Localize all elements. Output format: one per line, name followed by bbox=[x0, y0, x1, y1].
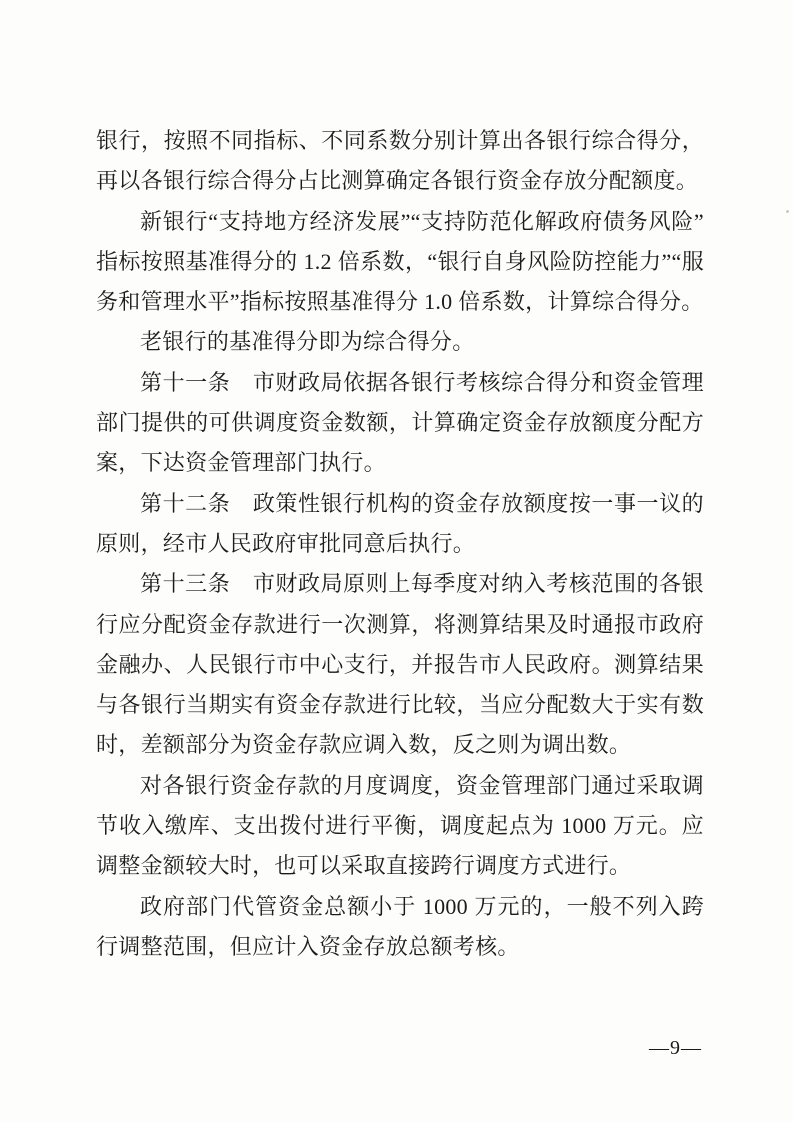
paragraph-article-12: 第十二条 政策性银行机构的资金存放额度按一事一议的原则，经市人民政府审批同意后执… bbox=[96, 484, 704, 565]
scan-speck bbox=[786, 210, 789, 213]
paragraph-new-bank-coefficients: 新银行“支持地方经济发展”“支持防范化解政府债务风险”指标按照基准得分的 1.2… bbox=[96, 202, 704, 323]
paragraph-monthly-adjustment: 对各银行资金存款的月度调度，资金管理部门通过采取调节收入缴库、支出拨付进行平衡，… bbox=[96, 766, 704, 887]
paragraph-old-bank-score: 老银行的基准得分即为综合得分。 bbox=[96, 322, 704, 362]
document-page: 银行，按照不同指标、不同系数分别计算出各银行综合得分，再以各银行综合得分占比测算… bbox=[0, 0, 793, 1122]
paragraph-article-11: 第十一条 市财政局依据各银行考核综合得分和资金管理部门提供的可供调度资金数额，计… bbox=[96, 363, 704, 484]
document-body: 银行，按照不同指标、不同系数分别计算出各银行综合得分，再以各银行综合得分占比测算… bbox=[96, 121, 704, 967]
paragraph-entrusted-funds: 政府部门代管资金总额小于 1000 万元的，一般不列入跨行调整范围，但应计入资金… bbox=[96, 887, 704, 968]
paragraph-article-13: 第十三条 市财政局原则上每季度对纳入考核范围的各银行应分配资金存款进行一次测算，… bbox=[96, 564, 704, 765]
page-number: —9— bbox=[649, 1037, 702, 1060]
paragraph-continuation: 银行，按照不同指标、不同系数分别计算出各银行综合得分，再以各银行综合得分占比测算… bbox=[96, 121, 704, 202]
